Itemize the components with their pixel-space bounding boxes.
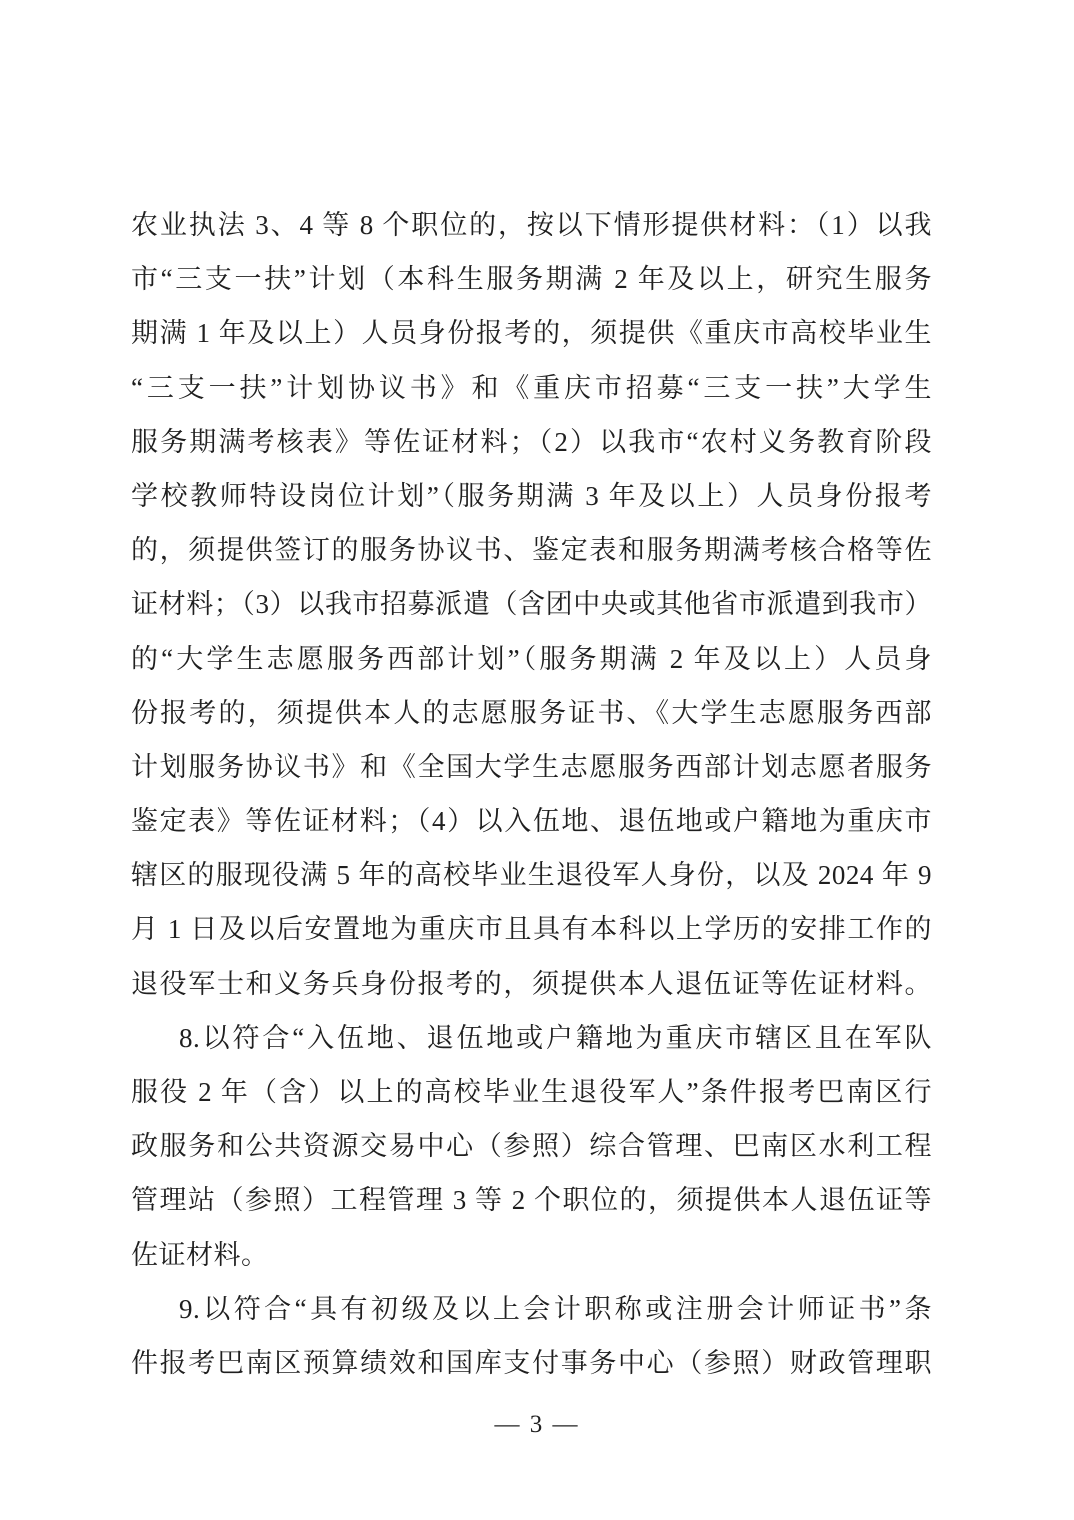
text-line: 9.以符合“具有初级及以上会计职称或注册会计师证书”条 (131, 1282, 932, 1336)
text-line: 件报考巴南区预算绩效和国库支付事务中心（参照）财政管理职 (131, 1336, 932, 1390)
text-line: 农业执法 3、4 等 8 个职位的，按以下情形提供材料：（1）以我 (131, 198, 932, 252)
text-line: 政服务和公共资源交易中心（参照）综合管理、巴南区水利工程 (131, 1119, 932, 1173)
text-line: 学校教师特设岗位计划”（服务期满 3 年及以上）人员身份报考 (131, 469, 932, 523)
page-number: — 3 — (0, 1408, 1074, 1442)
text-line: “三支一扶”计划协议书》和《重庆市招募“三支一扶”大学生 (131, 361, 932, 415)
document-page: 农业执法 3、4 等 8 个职位的，按以下情形提供材料：（1）以我市“三支一扶”… (0, 0, 1074, 1520)
text-line: 管理站（参照）工程管理 3 等 2 个职位的，须提供本人退伍证等 (131, 1173, 932, 1227)
text-line: 佐证材料。 (131, 1228, 932, 1282)
text-line: 服务期满考核表》等佐证材料；（2）以我市“农村义务教育阶段 (131, 415, 932, 469)
text-line: 辖区的服现役满 5 年的高校毕业生退役军人身份，以及 2024 年 9 (131, 848, 932, 902)
text-line: 市“三支一扶”计划（本科生服务期满 2 年及以上，研究生服务 (131, 252, 932, 306)
text-line: 8.以符合“入伍地、退伍地或户籍地为重庆市辖区且在军队 (131, 1011, 932, 1065)
text-line: 期满 1 年及以上）人员身份报考的，须提供《重庆市高校毕业生 (131, 306, 932, 360)
text-line: 鉴定表》等佐证材料；（4）以入伍地、退伍地或户籍地为重庆市 (131, 794, 932, 848)
text-block: 农业执法 3、4 等 8 个职位的，按以下情形提供材料：（1）以我市“三支一扶”… (131, 198, 932, 1390)
text-line: 的“大学生志愿服务西部计划”（服务期满 2 年及以上）人员身 (131, 632, 932, 686)
text-line: 退役军士和义务兵身份报考的，须提供本人退伍证等佐证材料。 (131, 957, 932, 1011)
text-line: 证材料；（3）以我市招募派遣（含团中央或其他省市派遣到我市） (131, 577, 932, 631)
text-line: 月 1 日及以后安置地为重庆市且具有本科以上学历的安排工作的 (131, 902, 932, 956)
text-line: 的，须提供签订的服务协议书、鉴定表和服务期满考核合格等佐 (131, 523, 932, 577)
text-line: 服役 2 年（含）以上的高校毕业生退役军人”条件报考巴南区行 (131, 1065, 932, 1119)
text-line: 计划服务协议书》和《全国大学生志愿服务西部计划志愿者服务 (131, 740, 932, 794)
text-line: 份报考的，须提供本人的志愿服务证书、《大学生志愿服务西部 (131, 686, 932, 740)
